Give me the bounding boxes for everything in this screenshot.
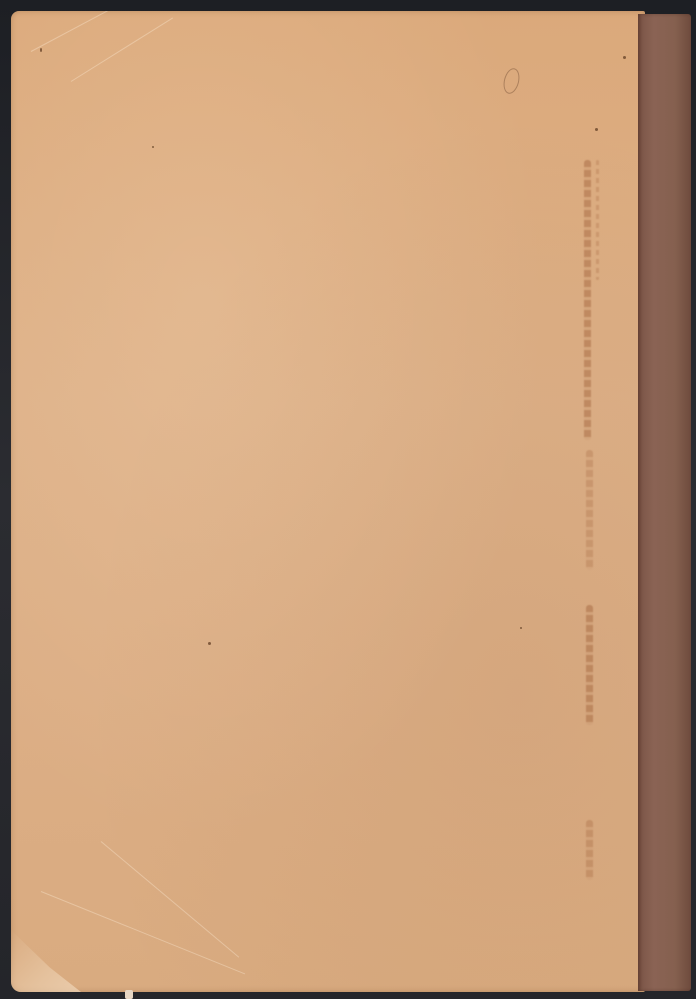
bleed-through-marks (584, 160, 591, 440)
bleed-through-marks (586, 820, 593, 880)
crease-line (41, 891, 245, 974)
page-tab (125, 990, 133, 999)
speck (623, 56, 626, 59)
book-back-cover (11, 11, 645, 992)
bleed-through-marks (596, 160, 599, 280)
speck (152, 146, 154, 148)
bleed-through-marks (586, 605, 593, 725)
crease-line (101, 841, 240, 957)
book-spine (638, 14, 691, 991)
speck (40, 48, 42, 52)
speck (595, 128, 598, 131)
speck (208, 642, 211, 645)
crease-line (71, 17, 173, 81)
speck (520, 627, 522, 629)
bleed-through-marks (586, 450, 593, 570)
